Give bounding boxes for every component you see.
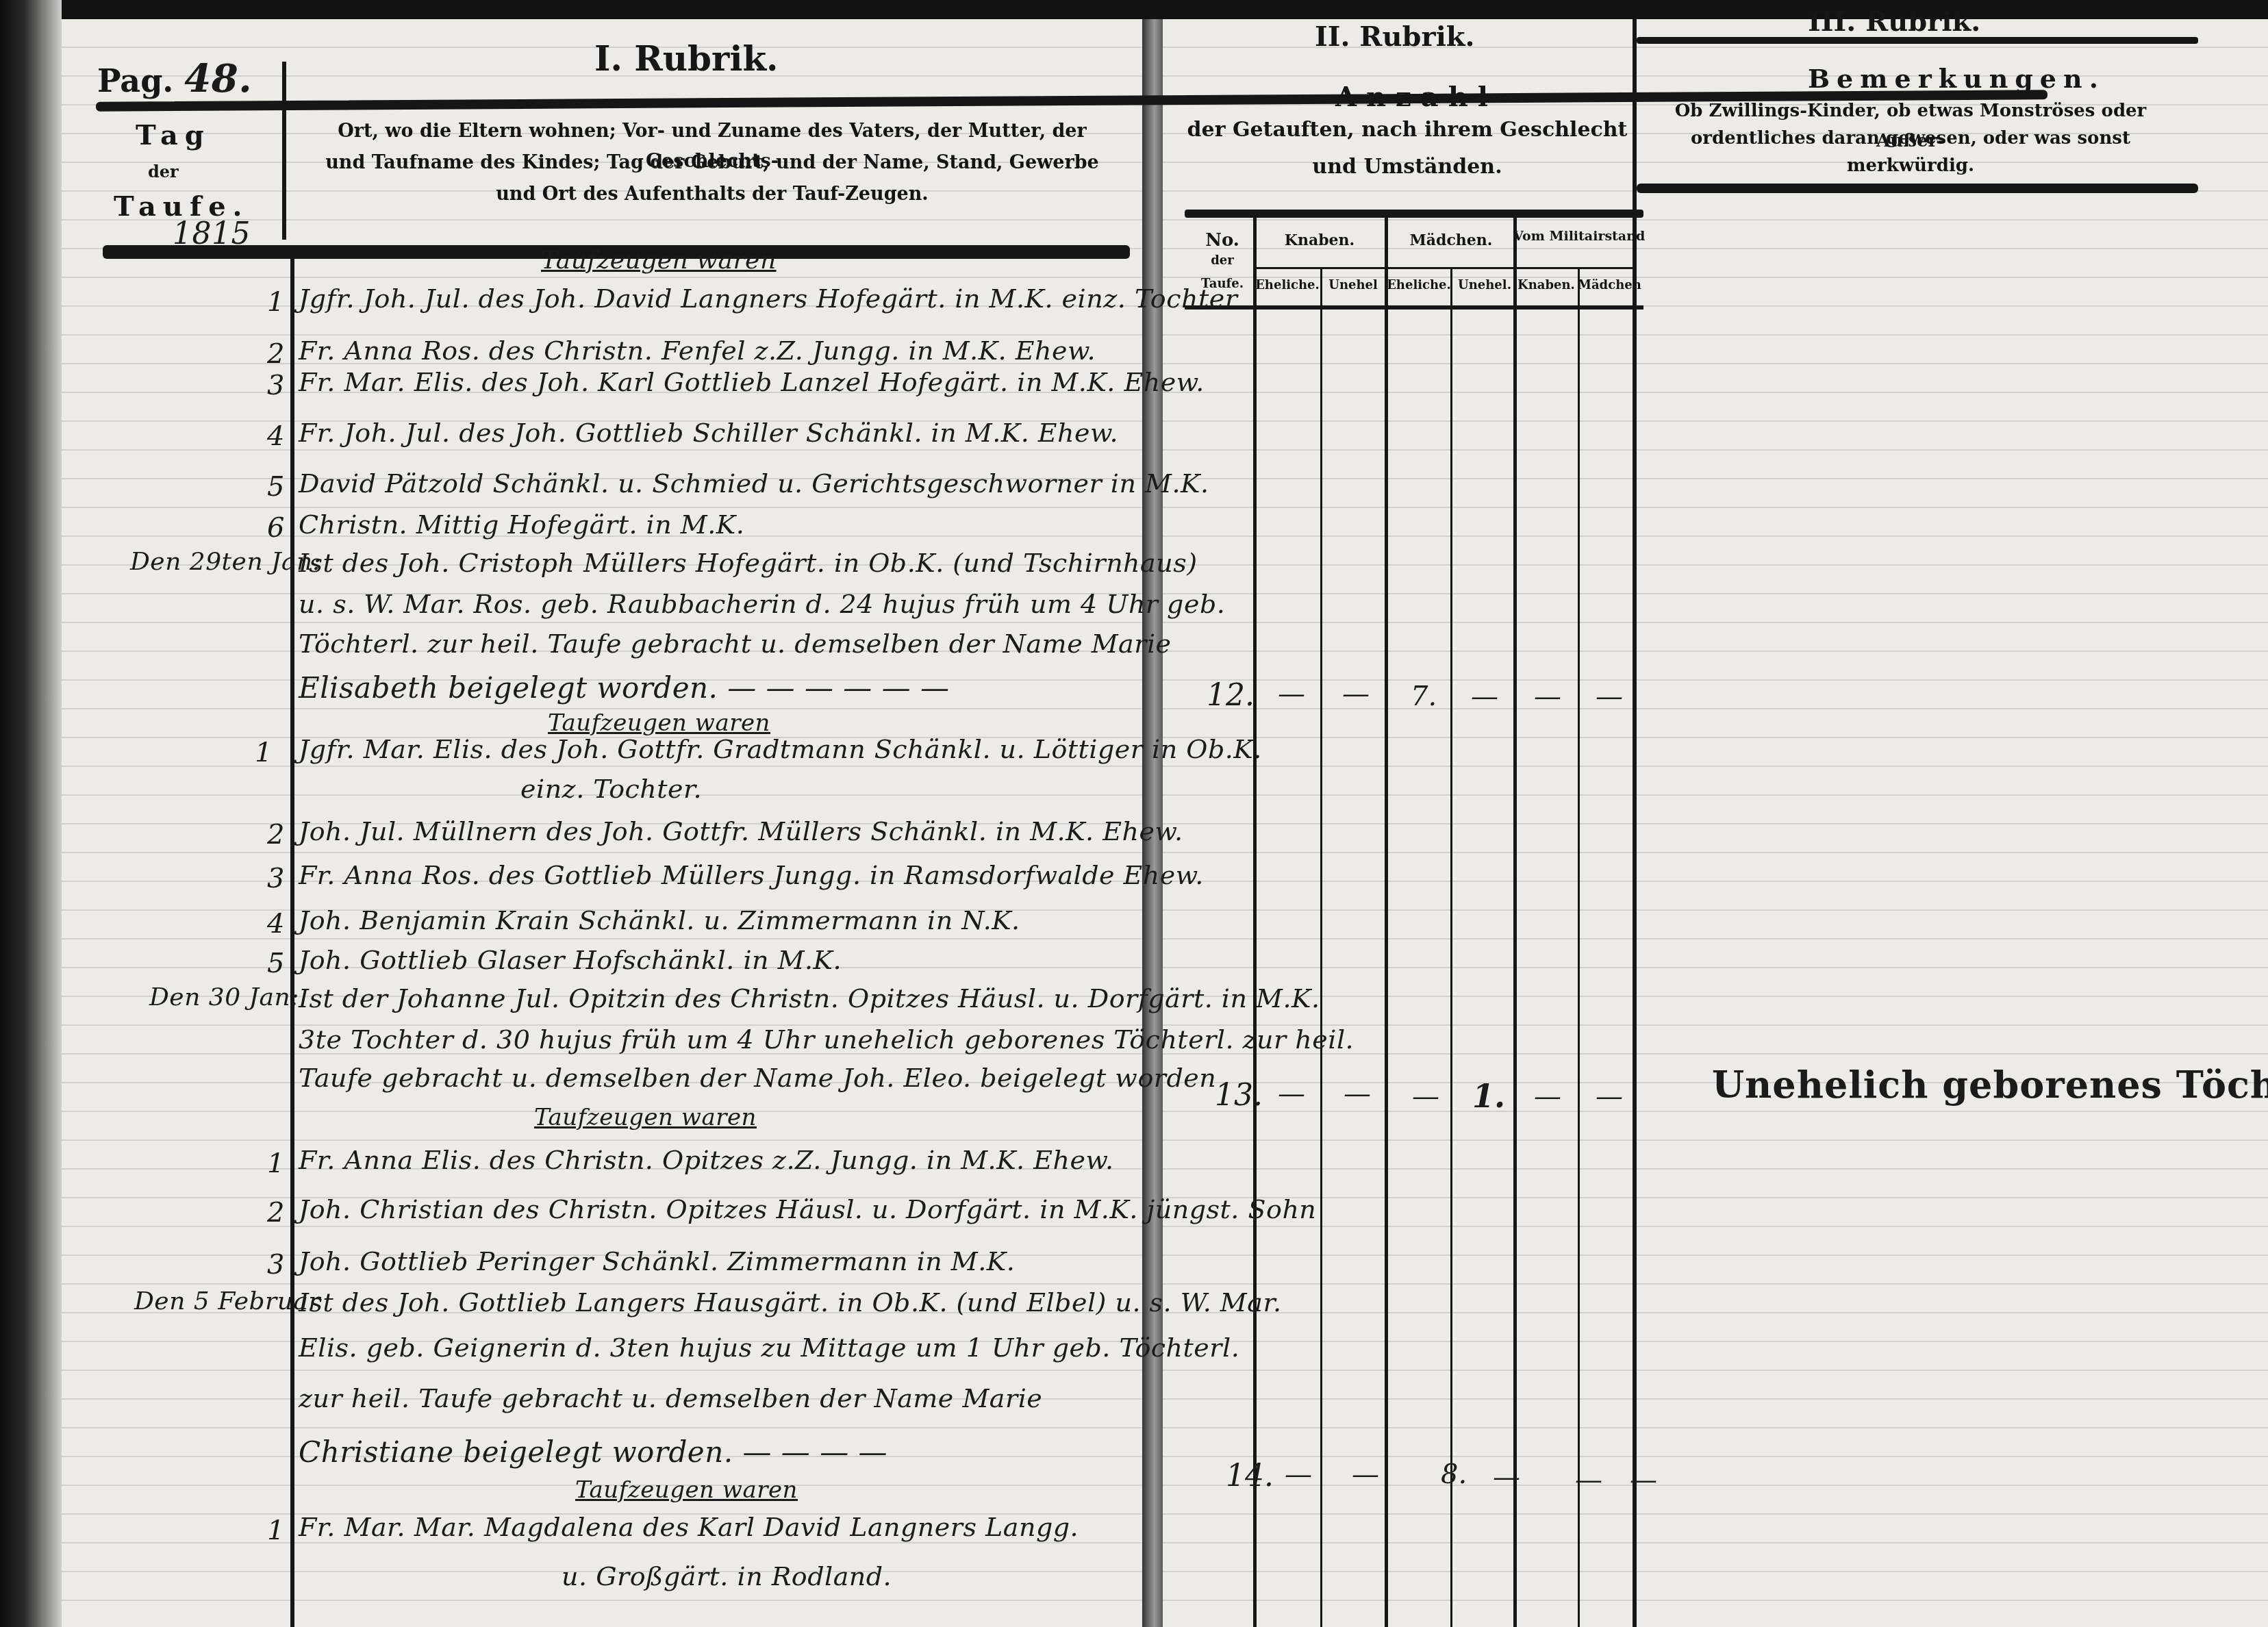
- tally-knaben-unehel: —: [1352, 1459, 1379, 1490]
- date-column-rule: [282, 62, 286, 240]
- rubric-2-3-divider: [1633, 19, 1637, 1627]
- page-label: Pag. 48.: [97, 56, 252, 101]
- tally-knaben-ehelich: —: [1285, 1459, 1312, 1490]
- tally-sub-knaben-unehel: Unehel: [1320, 278, 1386, 292]
- entry-line: Ist der Johanne Jul. Opitzin des Christn…: [299, 983, 1320, 1013]
- tally-col-maedchen: Mädchen.: [1386, 231, 1516, 249]
- witness-line: Fr. Joh. Jul. des Joh. Gottlieb Schiller…: [299, 418, 1118, 448]
- rubric-1-desc-line-3: und Ort des Aufenthalts der Tauf-Zeugen.: [288, 179, 1137, 210]
- witness-line: Christn. Mittig Hofegärt. in M.K.: [299, 509, 744, 540]
- rubric-2-desc-line-2: und Umständen.: [1185, 152, 1630, 182]
- witness-number: 3: [267, 1249, 284, 1281]
- witness-line: Fr. Anna Ros. des Christn. Fenfel z.Z. J…: [299, 336, 1096, 366]
- witness-number: 2: [267, 1197, 284, 1228]
- page-number: 48.: [184, 56, 252, 101]
- rubric-1-title: I. Rubrik.: [594, 38, 778, 79]
- tally-sub-militair-maedchen: Mädchen: [1578, 278, 1637, 292]
- tally-maedchen-unehel: 1.: [1472, 1078, 1505, 1115]
- entry-line: zur heil. Taufe gebracht u. demselben de…: [299, 1383, 1042, 1413]
- tally-maedchen-unehel: —: [1493, 1461, 1520, 1493]
- entry-line-heading: Taufzeugen waren: [534, 1104, 757, 1131]
- rubric-2-heading: Anzahl: [1335, 81, 1498, 113]
- tally-rule-militair-split: [1578, 268, 1580, 1627]
- witness-line: u. Großgärt. in Rodland.: [562, 1561, 892, 1591]
- entry-line-heading: Taufzeugen waren: [541, 247, 777, 275]
- tally-rule-no: [1253, 218, 1257, 1627]
- entry-line: 3te Tochter d. 30 hujus früh um 4 Uhr un…: [299, 1024, 1354, 1055]
- tally-rule-maedchen-split: [1450, 268, 1452, 1627]
- tally-knaben-ehelich: —: [1278, 1078, 1305, 1109]
- tally-sub-maedchen-ehelich: Eheliche.: [1386, 278, 1452, 292]
- witness-line: Fr. Anna Ros. des Gottlieb Müllers Jungg…: [299, 860, 1204, 890]
- tally-maedchen-ehelich: —: [1412, 1081, 1439, 1112]
- tally-militair-knaben: —: [1575, 1464, 1602, 1496]
- entry-line: Taufe gebracht u. demselben der Name Joh…: [299, 1063, 1216, 1093]
- entry-line: Töchterl. zur heil. Taufe gebracht u. de…: [299, 629, 1172, 659]
- entry-line: u. s. W. Mar. Ros. geb. Raubbacherin d. …: [299, 589, 1225, 619]
- tally-knaben-unehel: —: [1342, 678, 1370, 709]
- tally-maedchen-unehel: —: [1471, 681, 1498, 712]
- tally-sub-maedchen-unehel: Unehel.: [1452, 278, 1517, 292]
- rubric-3-heading: Bemerkungen.: [1808, 63, 2105, 94]
- entry-line: Ist des Joh. Gottlieb Langers Hausgärt. …: [299, 1287, 1282, 1317]
- tally-militair-maedchen: —: [1596, 1081, 1623, 1112]
- tally-maedchen-ehelich: 8.: [1441, 1459, 1467, 1490]
- tally-militair-maedchen: —: [1596, 681, 1623, 712]
- tally-top-rule: [1185, 210, 1643, 218]
- witness-line: Fr. Mar. Elis. des Joh. Karl Gottlieb La…: [299, 367, 1205, 397]
- baptism-date: Den 29ten Jan:: [130, 548, 321, 576]
- tally-rule-militair: [1513, 218, 1517, 1627]
- tally-baptism-number: 12.: [1207, 678, 1255, 713]
- witness-number: 4: [267, 908, 284, 939]
- rubric-1-desc-line-2: und Taufname des Kindes; Tag der Geburt,…: [288, 148, 1137, 178]
- entry-line: Christiane beigelegt worden. — — — —: [299, 1435, 887, 1469]
- tally-militair-knaben: —: [1534, 681, 1561, 712]
- remark-illegitimate-birth: Unehelich geborenes Töchterlein: [1712, 1063, 2268, 1107]
- rubric-2-desc-line-1: der Getauften, nach ihrem Geschlecht: [1185, 115, 1630, 145]
- date-column-heading-tag: Tag: [136, 119, 211, 151]
- tally-militair-maedchen: —: [1630, 1464, 1657, 1496]
- witness-line: Jgfr. Mar. Elis. des Joh. Gottfr. Gradtm…: [299, 734, 1262, 764]
- tally-knaben-unehel: —: [1344, 1078, 1371, 1109]
- witness-number: 2: [267, 819, 284, 850]
- witness-line: Fr. Anna Elis. des Christn. Opitzes z.Z.…: [299, 1145, 1114, 1175]
- rubric-3-desc-line-2: ordentliches daran gewesen, oder was son…: [1643, 123, 2178, 153]
- witness-number: 2: [267, 338, 284, 370]
- witness-line: Joh. Gottlieb Glaser Hofschänkl. in M.K.: [299, 945, 842, 975]
- page-label-text: Pag.: [97, 62, 173, 99]
- tally-rule-knaben-split: [1320, 268, 1322, 1627]
- witness-number: 1: [267, 286, 284, 318]
- tally-baptism-number: 14.: [1226, 1459, 1274, 1493]
- date-column-heading-der: der: [148, 162, 179, 181]
- witness-line: Joh. Jul. Müllnern des Joh. Gottfr. Müll…: [299, 816, 1183, 846]
- witness-number: 1: [267, 1148, 284, 1179]
- witness-line: David Pätzold Schänkl. u. Schmied u. Ger…: [299, 468, 1209, 499]
- witness-line: Fr. Mar. Mar. Magdalena des Karl David L…: [299, 1512, 1079, 1542]
- rubric-3-title-rule: [1637, 37, 2198, 44]
- tally-sub-militair-knaben: Knaben.: [1515, 278, 1578, 292]
- baptism-date: Den 30 Jan:: [149, 983, 299, 1011]
- rubric-3-bottom-rule: [1637, 184, 2198, 193]
- tally-militair-knaben: —: [1534, 1081, 1561, 1112]
- witness-number: 5: [267, 948, 284, 979]
- entry-line-heading: Taufzeugen waren: [575, 1476, 798, 1504]
- tally-maedchen-ehelich: 7.: [1411, 681, 1437, 712]
- witness-number: 5: [267, 471, 284, 503]
- entry-line: Elisabeth beigelegt worden. — — — — — —: [299, 671, 950, 705]
- witness-number: 1: [267, 1515, 284, 1546]
- tally-knaben-ehelich: —: [1278, 678, 1305, 709]
- rubric-3-desc-line-3: merkwürdig.: [1643, 151, 2178, 181]
- tally-sub-knaben-ehelich: Eheliche.: [1255, 278, 1320, 292]
- witness-line: Jgfr. Joh. Jul. des Joh. David Langners …: [299, 283, 1237, 314]
- entries-margin-rule: [290, 253, 294, 1627]
- entry-line-heading: Taufzeugen waren: [548, 709, 770, 737]
- tally-col-militairstand: Vom Militairstand: [1513, 229, 1637, 244]
- witness-line: Joh. Christian des Christn. Opitzes Häus…: [299, 1194, 1316, 1224]
- tally-col-no-line-1: No.: [1192, 230, 1253, 251]
- rubric-3-title: III. Rubrik.: [1808, 5, 1980, 38]
- rubric-2-title: II. Rubrik.: [1315, 21, 1474, 53]
- tally-col-knaben: Knaben.: [1255, 231, 1385, 249]
- baptism-date: Den 5 Februar: [134, 1287, 320, 1315]
- witness-number: 1: [255, 737, 272, 768]
- witness-line: Joh. Benjamin Krain Schänkl. u. Zimmerma…: [299, 905, 1020, 935]
- witness-number: 4: [267, 420, 284, 452]
- witness-line: Joh. Gottlieb Peringer Schänkl. Zimmerma…: [299, 1246, 1015, 1276]
- scan-left-border: [0, 0, 62, 1627]
- witness-line: einz. Tochter.: [520, 774, 702, 804]
- tally-col-no-line-2: der: [1192, 253, 1253, 268]
- entry-line: Ist des Joh. Cristoph Müllers Hofegärt. …: [299, 548, 1198, 578]
- tally-rule-knaben-maedchen: [1385, 218, 1388, 1627]
- witness-number: 3: [267, 863, 284, 894]
- witness-number: 3: [267, 370, 284, 401]
- tally-baptism-number: 13.: [1215, 1078, 1263, 1113]
- witness-number: 6: [267, 512, 284, 544]
- entry-line: Elis. geb. Geignerin d. 3ten hujus zu Mi…: [299, 1333, 1239, 1363]
